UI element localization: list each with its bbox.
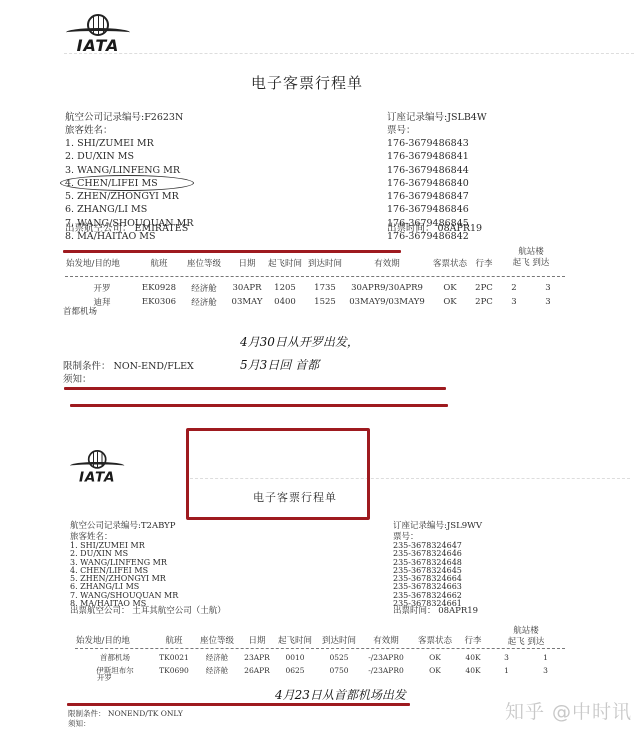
ticket2-airline-record: 航空公司记录编号:T2ABYP (70, 521, 176, 533)
cell-class: 经济舱 (193, 651, 241, 664)
terminal-header: 航站楼 (488, 626, 564, 637)
globe-icon (87, 14, 109, 36)
cell-validity: 03MAY9/03MAY9 (345, 295, 429, 309)
table-divider (65, 276, 565, 277)
ticket1-booking-record: 订座记录编号:JSLB4W (387, 111, 487, 124)
cell-status: OK (411, 651, 459, 664)
watermark: 知乎 @中时讯 (505, 697, 632, 724)
cell-city: 首都机场 (75, 651, 155, 664)
col-class: 座位等级 (179, 246, 229, 270)
col-terminal: 航站楼 起飞 到达 (497, 246, 565, 270)
cell-baggage: 2PC (471, 295, 497, 309)
cell-class: 经济舱 (193, 664, 241, 677)
cell-city: 伊斯坦布尔 (75, 664, 155, 677)
passenger-item: 6. ZHANG/LI MS (65, 203, 194, 216)
ticket1-final-city: 首都机场 (63, 305, 97, 317)
col-baggage: 行李 (459, 625, 487, 649)
ticket1-restriction: 限制条件： NON-END/FLEX (63, 360, 194, 373)
cell-dep: 0400 (265, 295, 305, 309)
col-dep-time: 起飞时间 (273, 625, 317, 649)
handwritten-note: 4月30日从开罗出发， (240, 333, 359, 350)
passenger-item: 2. DU/XIN MS (65, 150, 194, 163)
cell-terminal-arr: 3 (531, 295, 565, 309)
passenger-item: 1. SHI/ZUMEI MR (65, 137, 194, 150)
red-underline (67, 703, 410, 706)
cell-arr: 1735 (305, 281, 345, 295)
cell-date: 30APR (229, 281, 265, 295)
cell-terminal-dep: 1 (487, 664, 526, 677)
cell-dep: 0010 (273, 651, 317, 664)
cell-flight: EK0928 (139, 281, 179, 295)
cell-class: 经济舱 (179, 295, 229, 309)
cell-terminal-arr: 3 (531, 281, 565, 295)
ticket2-final-city: 开罗 (97, 672, 112, 683)
col-arr-time: 到达时间 (317, 625, 361, 649)
ticket-number: 176-3679486840 (387, 177, 469, 190)
ticket1-issue-time: 出票时间： 08APR19 (387, 222, 482, 235)
handwritten-note: 5月3日回 首都 (240, 356, 319, 373)
cell-status: OK (429, 295, 471, 309)
ticket2-title: 电子客票行程单 (253, 489, 337, 505)
table-row: 开罗 EK0928 经济舱 30APR 1205 1735 30APR9/30A… (65, 281, 565, 295)
ticket1-title: 电子客票行程单 (251, 72, 363, 93)
col-terminal: 航站楼 起飞 到达 (487, 625, 565, 649)
col-arr-time: 到达时间 (305, 246, 345, 270)
ticket2-issue-time: 出票时间： 08APR19 (393, 605, 478, 618)
table-row: 首都机场 TK0021 经济舱 23APR 0010 0525 -/23APR0… (75, 651, 565, 664)
table-row: 迪拜 EK0306 经济舱 03MAY 0400 1525 03MAY9/03M… (65, 295, 565, 309)
cell-terminal-dep: 2 (497, 281, 531, 295)
col-status: 客票状态 (411, 625, 459, 649)
col-dep-time: 起飞时间 (265, 246, 305, 270)
ticket2-booking-record: 订座记录编号:JSL9WV (393, 521, 482, 533)
cell-city: 开罗 (65, 281, 139, 295)
col-date: 日期 (229, 246, 265, 270)
ticket1-passenger-label: 旅客姓名： (65, 124, 113, 137)
logo-text: IATA (70, 470, 124, 484)
cell-terminal-arr: 1 (526, 651, 565, 664)
cell-date: 23APR (241, 651, 273, 664)
col-route: 始发地/目的地 (75, 625, 155, 649)
col-validity: 有效期 (361, 625, 411, 649)
table-divider (75, 648, 565, 649)
col-flight: 航班 (139, 246, 179, 270)
cell-dep: 0625 (273, 664, 317, 677)
cell-status: OK (429, 281, 471, 295)
ticket-number: 176-3679486846 (387, 203, 469, 216)
cell-class: 经济舱 (179, 281, 229, 295)
cell-baggage: 40K (459, 664, 487, 677)
ticket-number: 176-3679486841 (387, 150, 469, 163)
logo-text: IATA (66, 38, 130, 54)
terminal-arr: 到达 (532, 258, 549, 268)
terminal-header: 航站楼 (498, 247, 564, 258)
cell-status: OK (411, 664, 459, 677)
handdrawn-circle (60, 175, 194, 191)
ticket2-issuing-airline: 出票航空公司： 土耳其航空公司（土航） (70, 605, 226, 618)
table-row: 伊斯坦布尔 TK0690 经济舱 26APR 0625 0750 -/23APR… (75, 664, 565, 677)
cell-arr: 1525 (305, 295, 345, 309)
cell-flight: TK0021 (155, 651, 193, 664)
terminal-dep: 起飞 (513, 258, 530, 268)
table-header: 始发地/目的地 航班 座位等级 日期 起飞时间 到达时间 有效期 客票状态 行李… (65, 246, 565, 270)
ticket1-issuing-airline: 出票航空公司： EMIRATES (65, 222, 188, 235)
terminal-dep: 起飞 (508, 637, 525, 647)
cell-date: 26APR (241, 664, 273, 677)
cell-validity: 30APR9/30APR9 (345, 281, 429, 295)
terminal-arr: 到达 (527, 637, 544, 647)
cell-baggage: 40K (459, 651, 487, 664)
iata-logo: IATA (70, 450, 124, 484)
ticket1-flight-rows: 开罗 EK0928 经济舱 30APR 1205 1735 30APR9/30A… (65, 281, 565, 309)
ticket1-notice: 须知： (63, 373, 92, 386)
col-validity: 有效期 (345, 246, 429, 270)
ticket2-flight-table: 始发地/目的地 航班 座位等级 日期 起飞时间 到达时间 有效期 客票状态 行李… (75, 625, 565, 649)
col-class: 座位等级 (193, 625, 241, 649)
cell-baggage: 2PC (471, 281, 497, 295)
ticket2-flight-rows: 首都机场 TK0021 经济舱 23APR 0010 0525 -/23APR0… (75, 651, 565, 677)
col-flight: 航班 (155, 625, 193, 649)
passenger-item-circled: 5. ZHEN/ZHONGYI MR (65, 190, 194, 203)
ticket2-passenger-list: 1. SHI/ZUMEI MR 2. DU/XIN MS 3. WANG/LIN… (70, 542, 178, 608)
red-underline (70, 404, 448, 407)
ticket-number: 176-3679486844 (387, 164, 469, 177)
table-header: 始发地/目的地 航班 座位等级 日期 起飞时间 到达时间 有效期 客票状态 行李… (75, 625, 565, 649)
ticket1-ticket-no-label: 票号： (387, 124, 416, 137)
col-status: 客票状态 (429, 246, 471, 270)
col-baggage: 行李 (471, 246, 497, 270)
cell-terminal-dep: 3 (497, 295, 531, 309)
red-underline (64, 387, 446, 390)
cell-dep: 1205 (265, 281, 305, 295)
col-date: 日期 (241, 625, 273, 649)
ticket1-flight-table: 始发地/目的地 航班 座位等级 日期 起飞时间 到达时间 有效期 客票状态 行李… (65, 246, 565, 270)
cell-flight: EK0306 (139, 295, 179, 309)
cell-validity: -/23APR0 (361, 664, 411, 677)
cell-validity: -/23APR0 (361, 651, 411, 664)
globe-icon (88, 450, 107, 469)
ticket1-airline-record: 航空公司记录编号:F2623N (65, 111, 183, 124)
ticket-number: 176-3679486843 (387, 137, 469, 150)
divider (64, 53, 634, 54)
ticket2-ticket-numbers: 235-3678324647 235-3678324646 235-367832… (393, 542, 462, 608)
iata-logo: IATA (66, 14, 130, 54)
cell-arr: 0525 (317, 651, 361, 664)
cell-flight: TK0690 (155, 664, 193, 677)
handwritten-note: 4月23日从首都机场出发 (275, 686, 406, 703)
highlight-box (186, 428, 370, 520)
ticket2-notice: 须知： (68, 718, 91, 729)
col-route: 始发地/目的地 (65, 246, 139, 270)
ticket-number: 176-3679486847 (387, 190, 469, 203)
cell-date: 03MAY (229, 295, 265, 309)
cell-arr: 0750 (317, 664, 361, 677)
cell-terminal-dep: 3 (487, 651, 526, 664)
cell-terminal-arr: 3 (526, 664, 565, 677)
